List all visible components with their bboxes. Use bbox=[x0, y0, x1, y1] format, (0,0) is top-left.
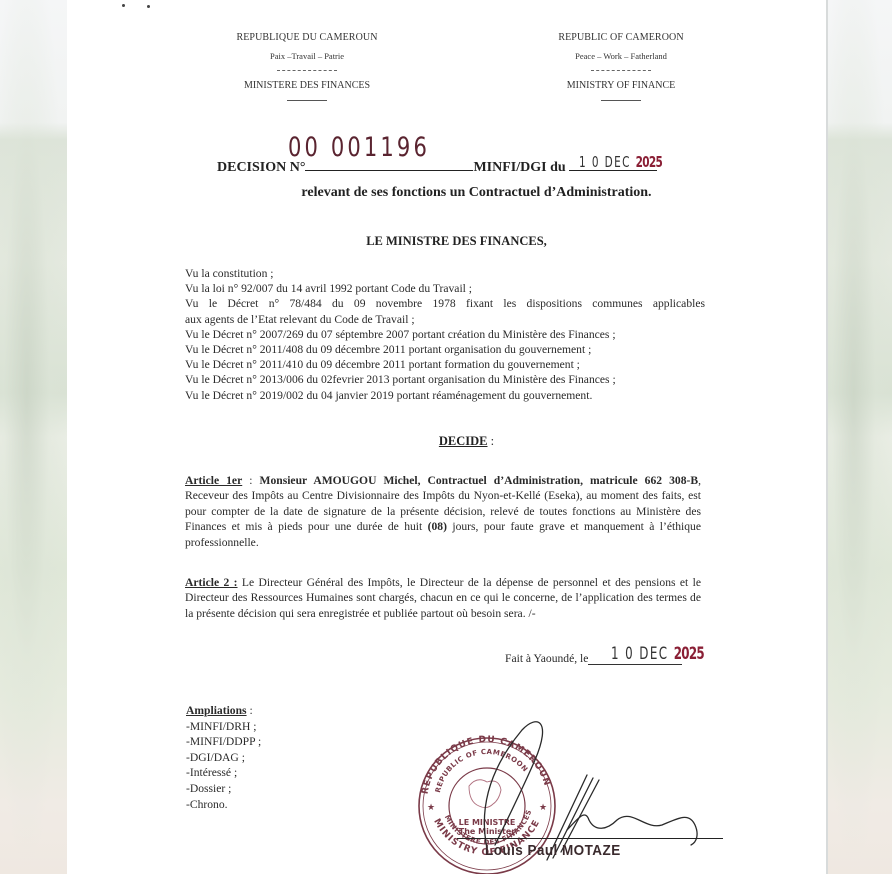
article-1-subject: Monsieur AMOUGOU Michel, Contractuel d’A… bbox=[260, 474, 699, 487]
divider bbox=[601, 100, 641, 101]
visa-item: aux agents de l’Etat relevant du Code de… bbox=[185, 312, 705, 327]
fait-label: Fait à Yaoundé, le bbox=[505, 652, 588, 665]
ministry-fr: MINISTERE DES FINANCES bbox=[187, 80, 427, 91]
decide-colon: : bbox=[488, 434, 495, 448]
ampliation-item: -Intéressé ; bbox=[186, 765, 261, 781]
article-2-label: Article 2 : bbox=[185, 576, 238, 589]
motto-en: Peace – Work – Fatherland bbox=[501, 51, 741, 61]
ampliation-item: -DGI/DAG ; bbox=[186, 750, 261, 766]
number-blank bbox=[305, 170, 473, 171]
country-fr: REPUBLIQUE DU CAMEROUN bbox=[187, 32, 427, 43]
header-left: REPUBLIQUE DU CAMEROUN Paix –Travail – P… bbox=[187, 32, 427, 101]
svg-text:★: ★ bbox=[427, 803, 435, 813]
visa-item: Vu le Décret n° 2011/410 du 09 décembre … bbox=[185, 357, 705, 372]
article-2: Article 2 : Le Directeur Général des Imp… bbox=[185, 575, 701, 621]
visa-item: Vu le Décret n° 2013/006 du 02fevrier 20… bbox=[185, 372, 705, 387]
article-2-body: Le Directeur Général des Impôts, le Dire… bbox=[185, 576, 701, 620]
article-1-days: (08) bbox=[428, 520, 447, 533]
fait-date-day: 1 0 DEC bbox=[611, 644, 669, 664]
scan-speck bbox=[122, 4, 125, 7]
seal-center-en: The Minister bbox=[459, 827, 516, 836]
ampliation-item: -MINFI/DRH ; bbox=[186, 719, 261, 735]
visa-item: Vu le Décret n° 2011/408 du 09 décembre … bbox=[185, 342, 705, 357]
ampliation-item: -Chrono. bbox=[186, 797, 261, 813]
decision-middle: MINFI/DGI du bbox=[473, 160, 565, 175]
decision-document: REPUBLIQUE DU CAMEROUN Paix –Travail – P… bbox=[67, 0, 826, 874]
visa-item: Vu le Décret n° 78/484 du 09 novembre 19… bbox=[185, 296, 705, 311]
signatory-name: Louis Paul MOTAZE bbox=[485, 842, 621, 859]
date-stamp-year: 2025 bbox=[636, 153, 662, 171]
divider bbox=[591, 70, 651, 71]
divider bbox=[287, 100, 327, 101]
decision-subtitle: relevant de ses fonctions un Contractuel… bbox=[67, 185, 826, 201]
ampliation-item: -Dossier ; bbox=[186, 781, 261, 797]
divider bbox=[277, 70, 337, 71]
header-right: REPUBLIC OF CAMEROON Peace – Work – Fath… bbox=[501, 32, 741, 101]
visa-item: Vu le Décret n° 2007/269 du 07 séptembre… bbox=[185, 327, 705, 342]
ampliation-item: -MINFI/DDPP ; bbox=[186, 734, 261, 750]
article-1-sep: : bbox=[242, 474, 259, 487]
article-1: Article 1er : Monsieur AMOUGOU Michel, C… bbox=[185, 473, 701, 550]
article-1-label: Article 1er bbox=[185, 474, 242, 487]
visas-list: Vu la constitution ; Vu la loi n° 92/007… bbox=[185, 266, 705, 403]
background-photo-right bbox=[826, 0, 892, 874]
visa-item: Vu la loi n° 92/007 du 14 avril 1992 por… bbox=[185, 281, 705, 296]
scan-speck bbox=[147, 5, 150, 8]
visa-item: Vu la constitution ; bbox=[185, 266, 705, 281]
ampliations-colon: : bbox=[247, 704, 253, 717]
svg-text:★: ★ bbox=[539, 803, 547, 813]
motto-fr: Paix –Travail – Patrie bbox=[187, 51, 427, 61]
decide-label: DECIDE bbox=[439, 434, 488, 448]
ampliations: Ampliations : -MINFI/DRH ; -MINFI/DDPP ;… bbox=[186, 703, 261, 812]
visa-item: Vu le Décret n° 2019/002 du 04 janvier 2… bbox=[185, 388, 705, 403]
country-en: REPUBLIC OF CAMEROON bbox=[501, 32, 741, 43]
minister-heading: LE MINISTRE DES FINANCES, bbox=[67, 234, 826, 249]
decision-number-stamp: 00 001196 bbox=[288, 132, 430, 163]
decision-date-stamp: 1 0 DEC 2025 bbox=[579, 153, 662, 171]
decide-heading: DECIDE : bbox=[67, 434, 826, 449]
fait-date-year: 2025 bbox=[674, 644, 704, 664]
ministry-en: MINISTRY OF FINANCE bbox=[501, 80, 741, 91]
date-stamp-day: 1 0 DEC bbox=[579, 153, 631, 171]
background-photo-left bbox=[0, 0, 67, 874]
fait-date-stamp: 1 0 DEC 2025 bbox=[611, 644, 704, 664]
ampliations-title: Ampliations : bbox=[186, 703, 261, 719]
signature-line bbox=[457, 838, 723, 839]
ampliations-title-text: Ampliations bbox=[186, 704, 247, 717]
